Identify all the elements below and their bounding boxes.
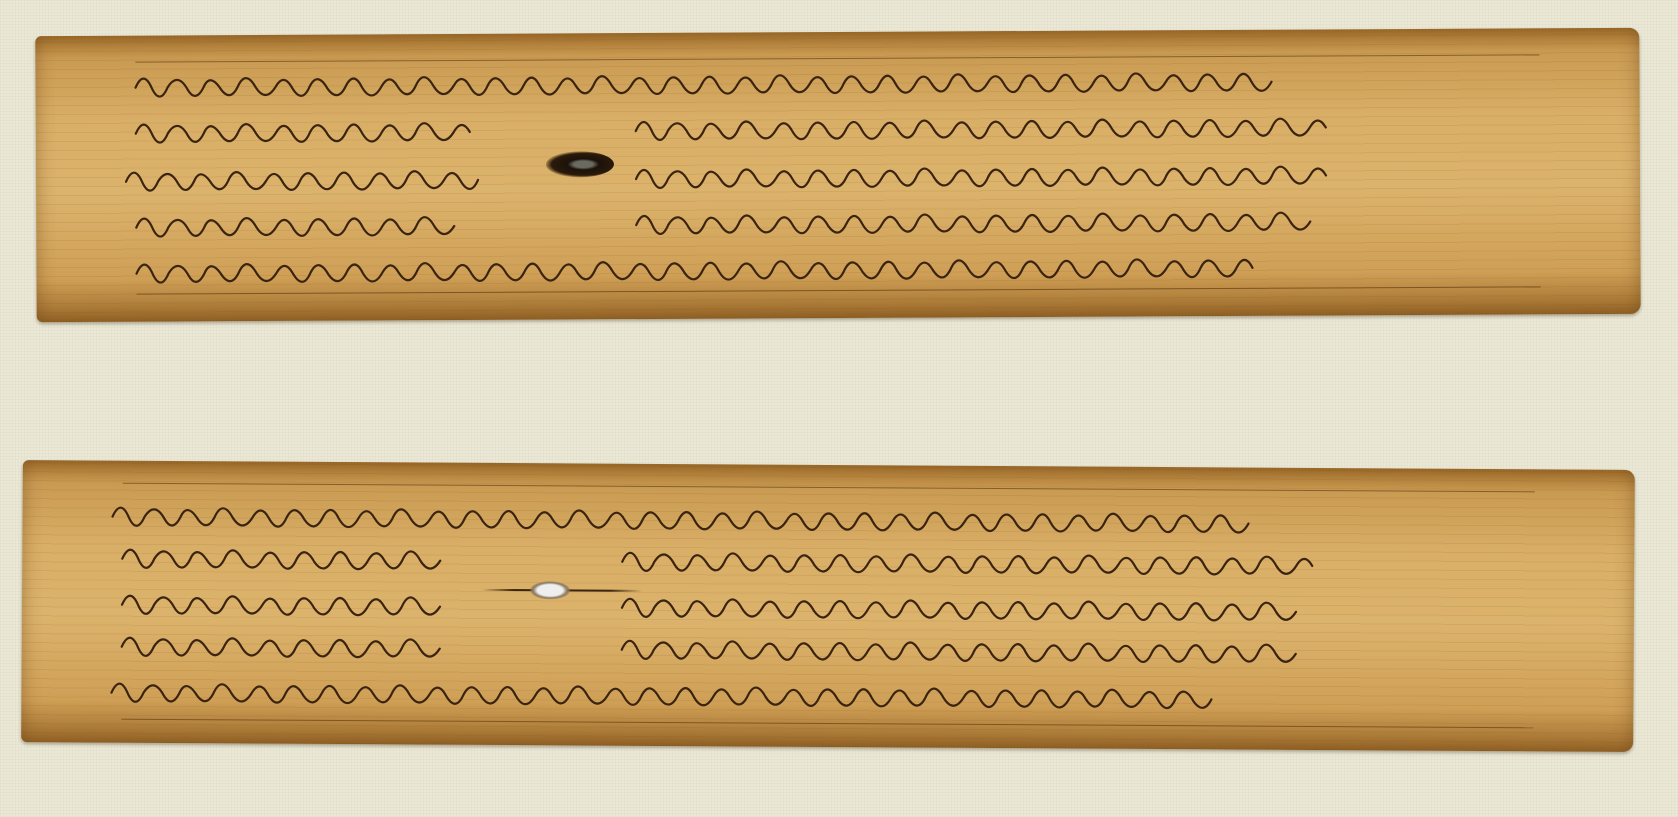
palm-leaf-upper: Upper palm leaf <box>35 28 1640 322</box>
manuscript-script-lower <box>21 460 1635 752</box>
palm-leaf-lower: Lower palm leaf <box>21 460 1635 752</box>
string-hole-open <box>530 581 570 599</box>
manuscript-script-upper <box>35 28 1640 322</box>
